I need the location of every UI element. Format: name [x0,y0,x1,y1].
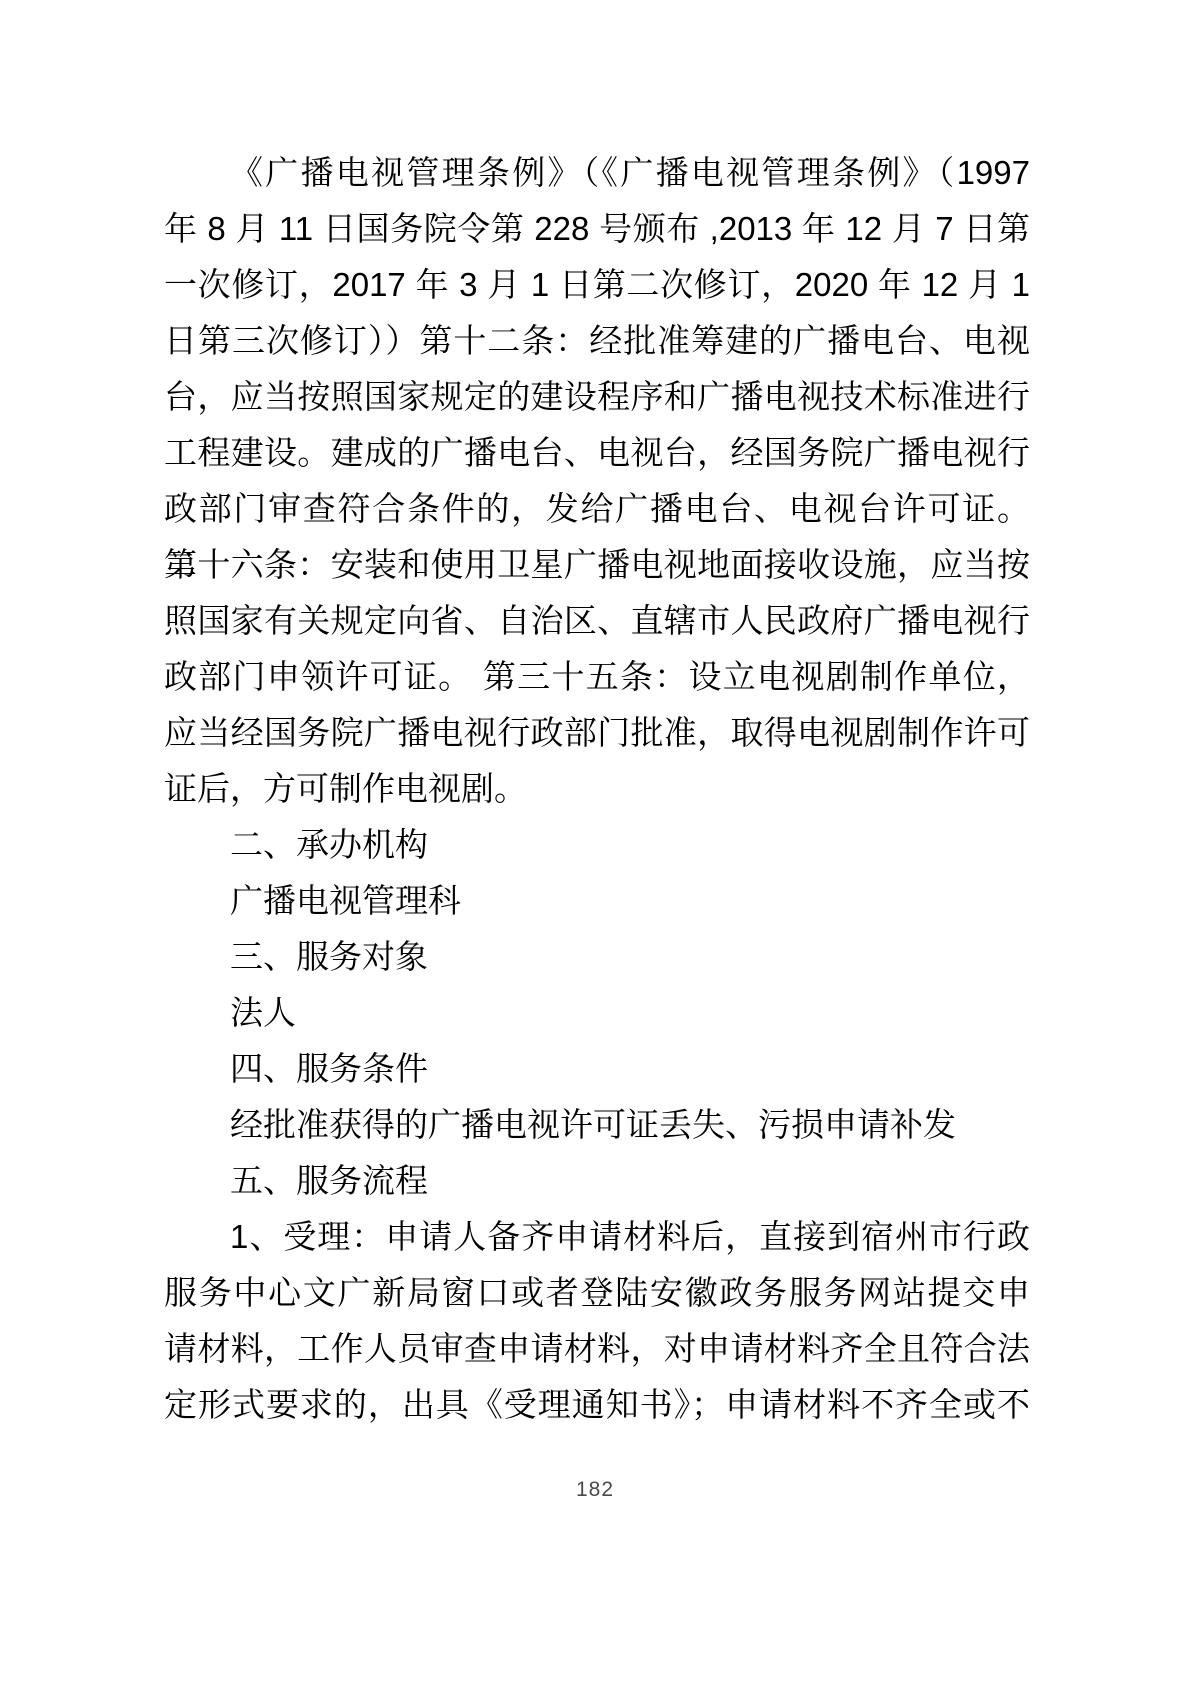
text-line: 定形式要求的，出具《受理通知书》；申请材料不齐全或不 [164,1377,1030,1433]
section-heading-4: 四、服务条件 [164,1041,1030,1097]
text-line: 应当经国务院广播电视行政部门批准，取得电视剧制作许可 [164,705,1030,761]
text-line: 服务中心文广新局窗口或者登陆安徽政务服务网站提交申 [164,1265,1030,1321]
page-number: 182 [0,1478,1190,1502]
text-line: 日第三次修订））第十二条：经批准筹建的广播电台、电视 [164,313,1030,369]
text-line: 一次修订，2017 年 3 月 1 日第二次修订，2020 年 12 月 1 [164,257,1030,313]
text-line: 广播电视管理科 [164,873,1030,929]
text-line: 法人 [164,985,1030,1041]
document-body: 《广播电视管理条例》（《广播电视管理条例》（1997 年 8 月 11 日国务院… [164,145,1030,1433]
text-line: 请材料，工作人员审查申请材料，对申请材料齐全且符合法 [164,1321,1030,1377]
text-line: 年 8 月 11 日国务院令第 228 号颁布 ,2013 年 12 月 7 日… [164,201,1030,257]
text-line: 政部门申领许可证。 第三十五条：设立电视剧制作单位， [164,649,1030,705]
document-page: 《广播电视管理条例》（《广播电视管理条例》（1997 年 8 月 11 日国务院… [0,0,1190,1683]
section-heading-3: 三、服务对象 [164,929,1030,985]
text-line: 证后，方可制作电视剧。 [164,761,1030,817]
section-heading-2: 二、承办机构 [164,817,1030,873]
text-line: 工程建设。建成的广播电台、电视台，经国务院广播电视行 [164,425,1030,481]
text-line: 《广播电视管理条例》（《广播电视管理条例》（1997 [164,145,1030,201]
text-line: 二十六条：安装和使用卫星广播电视地面接收设施，应当按 [164,537,1030,593]
text-line: 照国家有关规定向省、自治区、直辖市人民政府广播电视行 [164,593,1030,649]
text-line: 政部门审查符合条件的，发给广播电台、电视台许可证。 第 [164,481,1030,537]
text-line: 1、受理：申请人备齐申请材料后，直接到宿州市行政 [164,1209,1030,1265]
section-heading-5: 五、服务流程 [164,1153,1030,1209]
text-line: 经批准获得的广播电视许可证丢失、污损申请补发 [164,1097,1030,1153]
text-line: 台，应当按照国家规定的建设程序和广播电视技术标准进行 [164,369,1030,425]
